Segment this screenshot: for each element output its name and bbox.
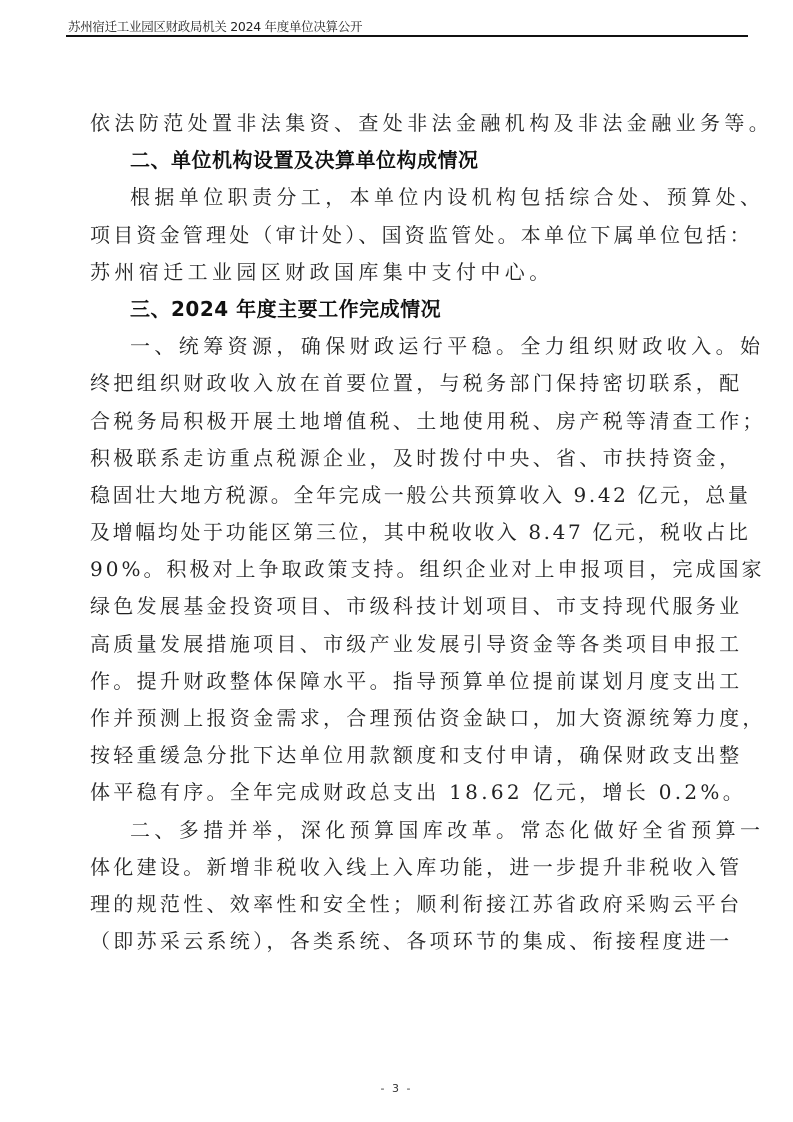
body-line: 项目资金管理处（审计处）、国资监管处。本单位下属单位包括： [90, 217, 715, 254]
body-line: 90%。积极对上争取政策支持。组织企业对上申报项目，完成国家 [90, 551, 715, 588]
body-line: 及增幅均处于功能区第三位，其中税收收入 8.47 亿元，税收占比 [90, 514, 715, 551]
section-heading-2: 二、单位机构设置及决算单位构成情况 [90, 142, 715, 179]
body-line: 一、统筹资源，确保财政运行平稳。全力组织财政收入。始 [90, 328, 715, 365]
body-line: 合税务局积极开展土地增值税、土地使用税、房产税等清查工作； [90, 403, 715, 440]
body-line: 二、多措并举，深化预算国库改革。常态化做好全省预算一 [90, 812, 715, 849]
body-line: 依法防范处置非法集资、查处非法金融机构及非法金融业务等。 [90, 105, 715, 142]
body-line: 按轻重缓急分批下达单位用款额度和支付申请，确保财政支出整 [90, 737, 715, 774]
body-line: 终把组织财政收入放在首要位置，与税务部门保持密切联系，配 [90, 365, 715, 402]
body-line: 作。提升财政整体保障水平。指导预算单位提前谋划月度支出工 [90, 663, 715, 700]
body-line: 稳固壮大地方税源。全年完成一般公共预算收入 9.42 亿元，总量 [90, 477, 715, 514]
body-line: 作并预测上报资金需求，合理预估资金缺口，加大资源统筹力度， [90, 700, 715, 737]
body-line: 体化建设。新增非税收入线上入库功能，进一步提升非税收入管 [90, 849, 715, 886]
section-heading-3: 三、2024 年度主要工作完成情况 [90, 291, 715, 328]
header-rule [66, 35, 748, 37]
body-line: 体平稳有序。全年完成财政总支出 18.62 亿元，增长 0.2%。 [90, 774, 715, 811]
header-title: 苏州宿迁工业园区财政局机关 2024 年度单位决算公开 [66, 20, 748, 34]
page-number: - 3 - [0, 1082, 793, 1095]
body-line: 根据单位职责分工，本单位内设机构包括综合处、预算处、 [90, 179, 715, 216]
body-line: 绿色发展基金投资项目、市级科技计划项目、市支持现代服务业 [90, 588, 715, 625]
body-line: 理的规范性、效率性和安全性；顺利衔接江苏省政府采购云平台 [90, 886, 715, 923]
body-line: 苏州宿迁工业园区财政国库集中支付中心。 [90, 254, 715, 291]
body-line: 积极联系走访重点税源企业，及时拨付中央、省、市扶持资金， [90, 440, 715, 477]
body-line: （即苏采云系统），各类系统、各项环节的集成、衔接程度进一 [90, 923, 715, 960]
body-line: 高质量发展措施项目、市级产业发展引导资金等各类项目申报工 [90, 626, 715, 663]
document-body: 依法防范处置非法集资、查处非法金融机构及非法金融业务等。 二、单位机构设置及决算… [90, 105, 715, 960]
running-header: 苏州宿迁工业园区财政局机关 2024 年度单位决算公开 [66, 20, 748, 37]
